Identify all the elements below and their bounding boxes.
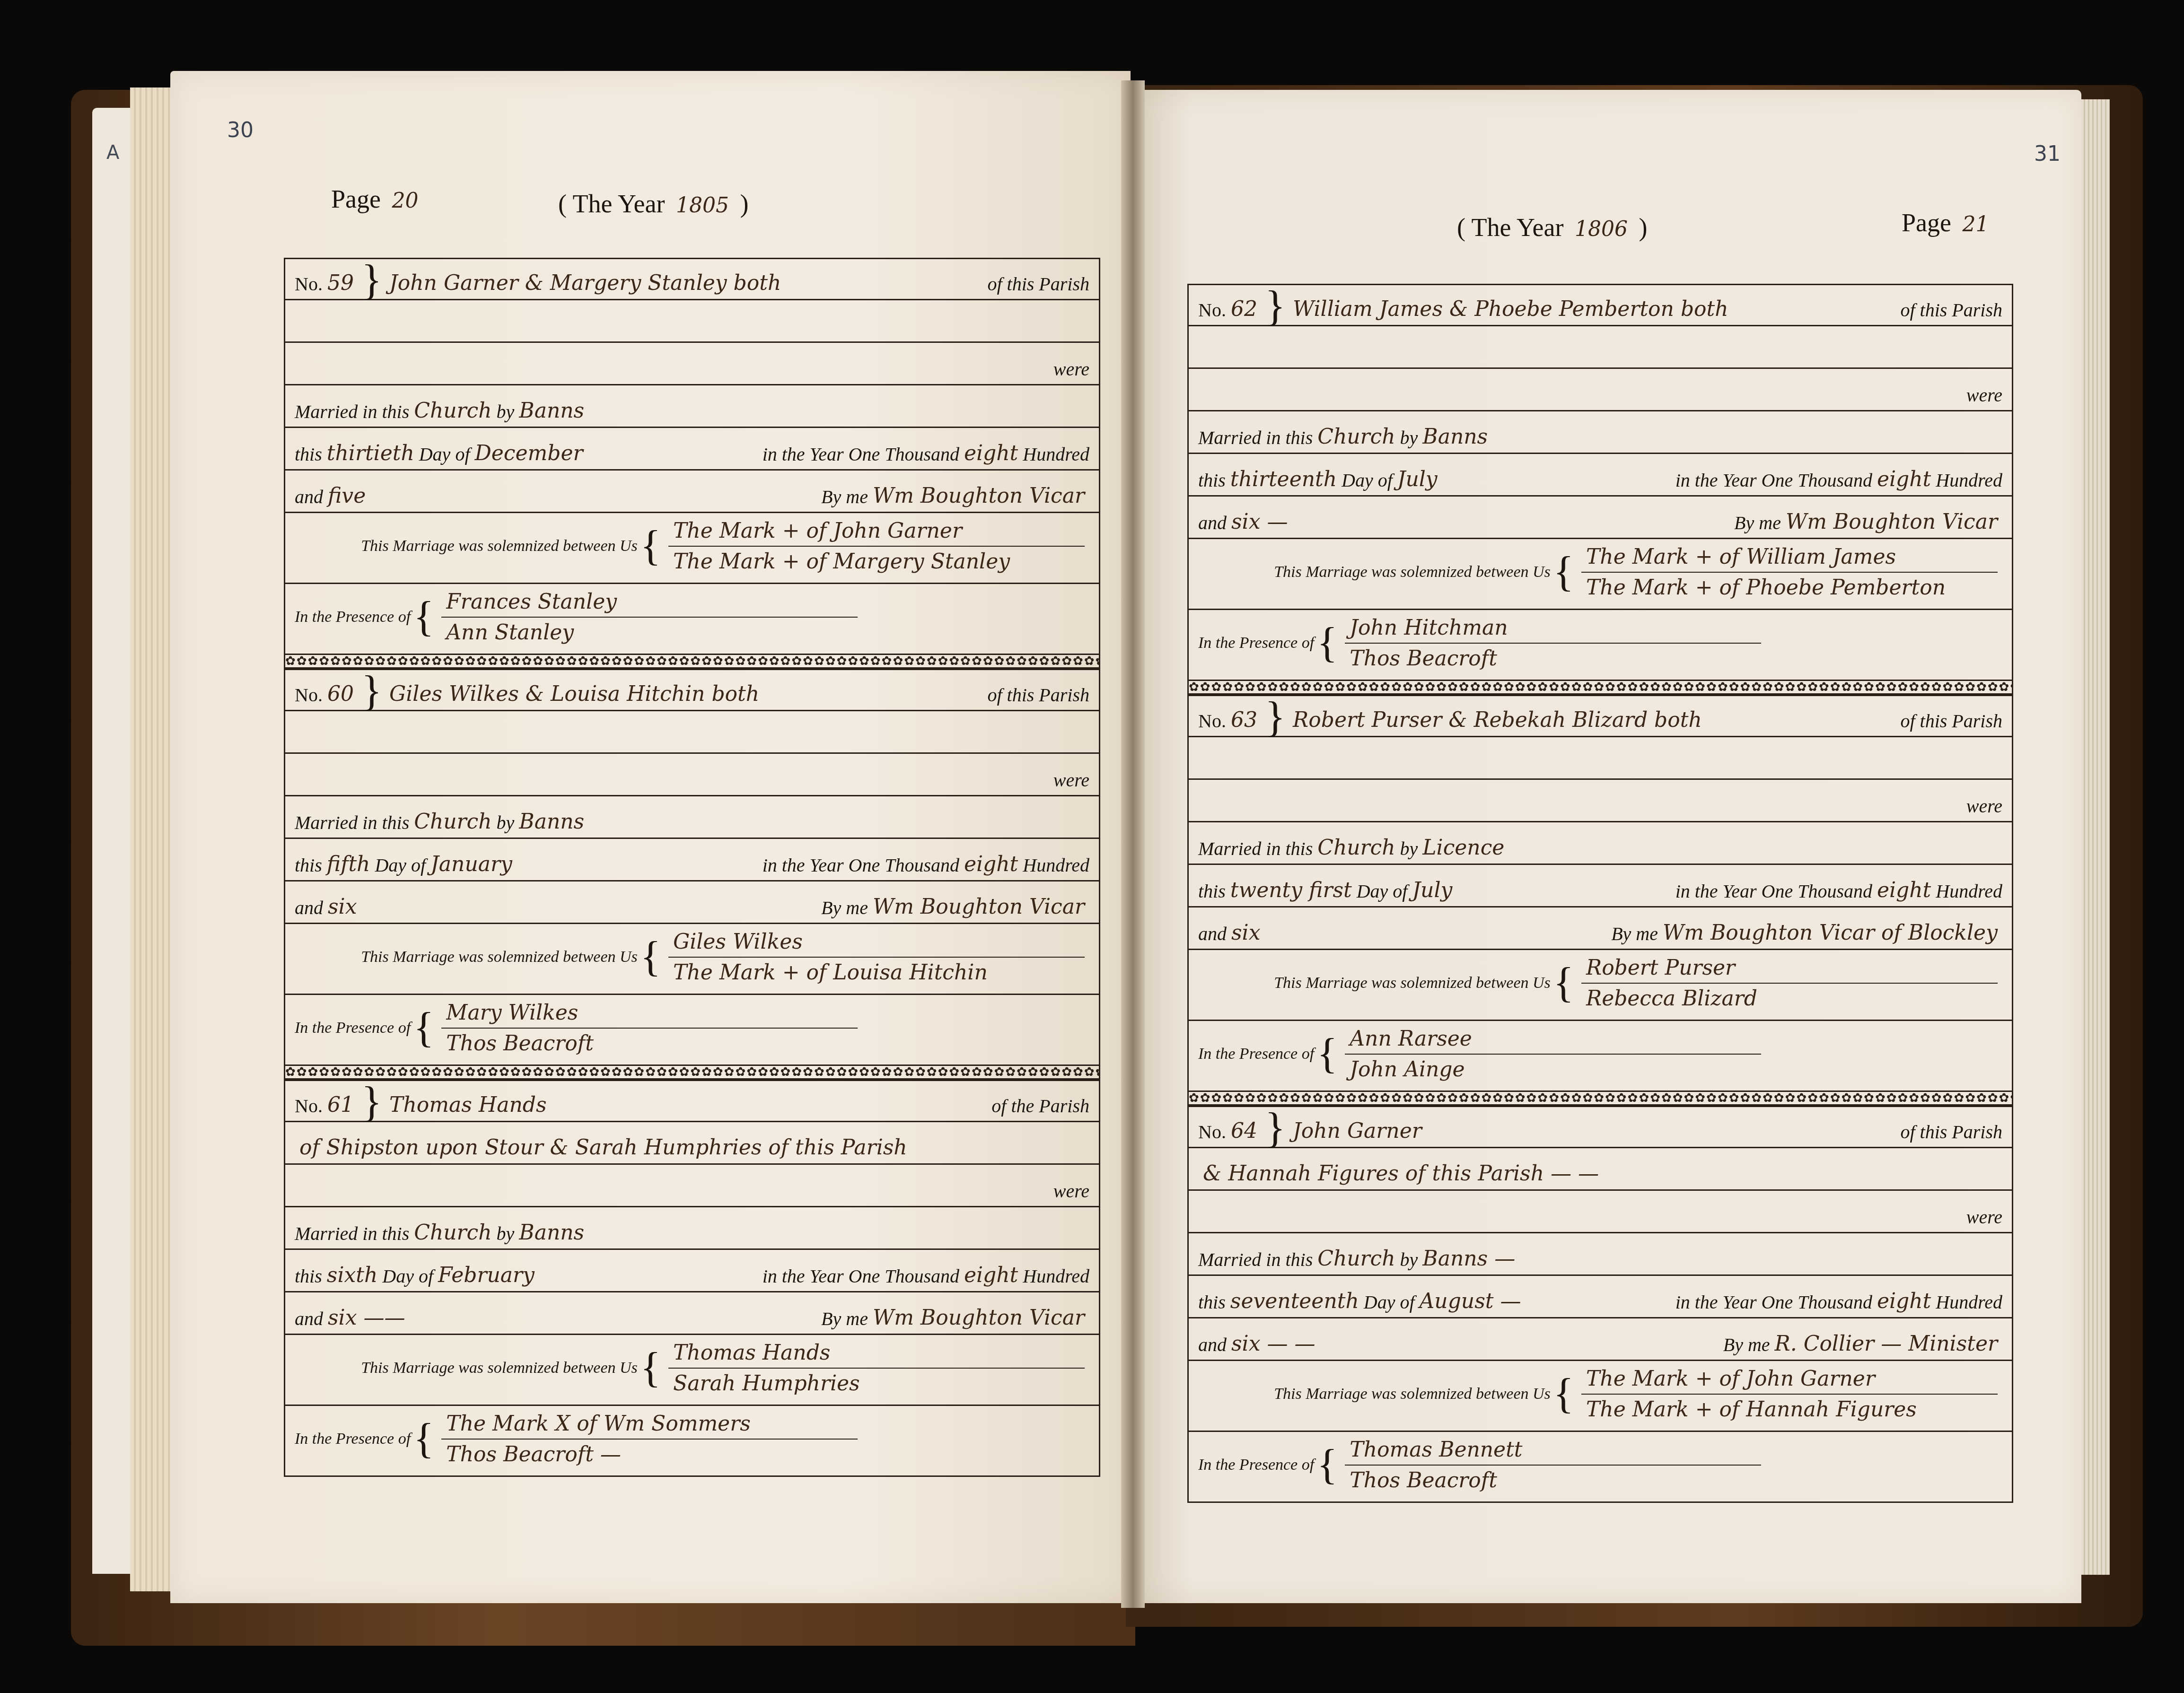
- year-close: ): [740, 190, 748, 218]
- year-hand: eight: [1877, 878, 1931, 902]
- entry-parties: John Garner & Margery Stanley both: [389, 271, 781, 295]
- signature-bride: The Mark + of Phoebe Pemberton: [1581, 573, 1998, 602]
- marriage-method: Licence: [1422, 836, 1504, 860]
- marriage-month: August —: [1420, 1289, 1521, 1313]
- right-page-number: Page 21: [1902, 208, 1993, 237]
- entry-no-label: No.: [295, 1095, 323, 1117]
- year-hand: eight: [1877, 467, 1931, 491]
- entry-parties: William James & Phoebe Pemberton both: [1293, 297, 1728, 321]
- year-tail: five: [328, 484, 366, 508]
- by-me-label: By me: [821, 1308, 868, 1330]
- entry-signatures-row: This Marriage was solemnized between Us …: [285, 513, 1099, 584]
- entry-witnesses-row: In the Presence of { Frances Stanley Ann…: [285, 584, 1099, 655]
- signature-block: The Mark + of John Garner The Mark + of …: [1577, 1364, 2002, 1424]
- year-text-label: in the Year One Thousand: [763, 854, 959, 876]
- parish-label: of this Parish: [987, 684, 1089, 706]
- entry-date-row: this fifth Day of January in the Year On…: [285, 839, 1099, 881]
- index-tab: [92, 108, 130, 1574]
- entry-were-row: were: [1189, 369, 2012, 411]
- page-number: 21: [1962, 212, 1989, 236]
- witness-1: Frances Stanley: [441, 587, 858, 618]
- ornament-divider: ✿✿✿✿✿✿✿✿✿✿✿✿✿✿✿✿✿✿✿✿✿✿✿✿✿✿✿✿✿✿✿✿✿✿✿✿✿✿✿✿…: [1189, 1092, 2012, 1106]
- brace-icon: }: [1265, 702, 1285, 732]
- this-label: this: [295, 1265, 322, 1287]
- marriage-method: Banns: [519, 810, 584, 834]
- marriage-entry: No. 63 } Robert Purser & Rebekah Blizard…: [1189, 695, 2012, 1092]
- witness-1: The Mark X of Wm Sommers: [441, 1409, 858, 1440]
- left-folio-number: 30: [227, 118, 254, 142]
- entry-officiant-row: and six By me Wm Boughton Vicar: [285, 881, 1099, 924]
- married-label: Married in this: [1198, 838, 1313, 860]
- entry-parties: Giles Wilkes & Louisa Hitchin both: [389, 682, 759, 706]
- entry-married-row: Married in this Church by Banns: [285, 1207, 1099, 1250]
- witness-1: Ann Rarsee: [1345, 1024, 1761, 1055]
- married-label: Married in this: [295, 812, 409, 834]
- entry-parties-line2: [1189, 737, 2012, 780]
- entry-header-row: No. 61 } Thomas Hands of the Parish: [285, 1080, 1099, 1122]
- by-label: by: [497, 401, 515, 423]
- signature-bride: The Mark + of Hannah Figures: [1581, 1395, 1998, 1424]
- this-label: this: [295, 443, 322, 465]
- entry-were-row: were: [285, 754, 1099, 796]
- witness-2: Thos Beacroft —: [441, 1440, 858, 1469]
- brace-icon: {: [413, 1424, 434, 1454]
- witness-1: John Hitchman: [1345, 613, 1761, 644]
- signature-bride: The Mark + of Margery Stanley: [668, 547, 1085, 576]
- signature-groom: The Mark + of John Garner: [1581, 1364, 1998, 1395]
- entry-parties: Robert Purser & Rebekah Blizard both: [1293, 708, 1702, 732]
- brace-icon: {: [640, 531, 661, 561]
- solemnized-label: This Marriage was solemnized between Us: [361, 1359, 638, 1377]
- entry-date-row: this twenty first Day of July in the Yea…: [1189, 865, 2012, 908]
- by-me-label: By me: [1734, 512, 1781, 534]
- solemnized-label: This Marriage was solemnized between Us: [1274, 1385, 1551, 1403]
- by-me-label: By me: [1723, 1334, 1770, 1356]
- entry-date-row: this thirteenth Day of July in the Year …: [1189, 454, 2012, 497]
- hundred-label: Hundred: [1023, 1265, 1089, 1287]
- entry-were-row: were: [285, 343, 1099, 385]
- year-text-label: in the Year One Thousand: [1675, 469, 1872, 491]
- entry-parties-line2: of Shipston upon Stour & Sarah Humphries…: [285, 1122, 1099, 1165]
- year-label: ( The Year: [1457, 213, 1563, 242]
- parish-label: of this Parish: [1900, 299, 2002, 321]
- signature-groom: Thomas Hands: [668, 1338, 1085, 1369]
- ornament-divider: ✿✿✿✿✿✿✿✿✿✿✿✿✿✿✿✿✿✿✿✿✿✿✿✿✿✿✿✿✿✿✿✿✿✿✿✿✿✿✿✿…: [285, 1066, 1099, 1080]
- hundred-label: Hundred: [1936, 880, 2002, 902]
- entry-no-label: No.: [295, 684, 323, 706]
- married-label: Married in this: [1198, 427, 1313, 449]
- signature-groom: Giles Wilkes: [668, 927, 1085, 958]
- year-hand: eight: [964, 852, 1018, 876]
- signature-groom: Robert Purser: [1581, 953, 1998, 984]
- entry-header-row: No. 64 } John Garner of this Parish: [1189, 1106, 2012, 1148]
- page-label: Page: [1902, 209, 1951, 237]
- presence-label: In the Presence of: [1198, 1456, 1314, 1474]
- and-label: and: [1198, 1334, 1227, 1356]
- marriage-day: thirteenth: [1230, 467, 1337, 491]
- signature-block: Giles Wilkes The Mark + of Louisa Hitchi…: [664, 927, 1089, 987]
- entry-married-row: Married in this Church by Banns: [285, 385, 1099, 428]
- witness-2: Thos Beacroft: [441, 1029, 858, 1058]
- entry-no-label: No.: [1198, 299, 1226, 321]
- entry-no-label: No.: [295, 273, 323, 295]
- solemnized-label: This Marriage was solemnized between Us: [361, 537, 638, 555]
- brace-icon: }: [1265, 291, 1285, 321]
- year-tail: six — —: [1231, 1332, 1315, 1356]
- by-me-label: By me: [821, 897, 868, 919]
- signature-block: The Mark + of John Garner The Mark + of …: [664, 516, 1089, 576]
- marriage-day: thirtieth: [327, 441, 414, 465]
- right-register: No. 62 } William James & Phoebe Pemberto…: [1187, 284, 2013, 1503]
- brace-icon: {: [1317, 1039, 1337, 1069]
- marriage-place: Church: [414, 399, 491, 423]
- day-of-label: Day of: [375, 854, 426, 876]
- parish-label: of this Parish: [1900, 1121, 2002, 1143]
- hundred-label: Hundred: [1023, 854, 1089, 876]
- year-value: 1805: [676, 193, 729, 218]
- year-tail: six —: [1231, 510, 1288, 534]
- witness-1: Mary Wilkes: [441, 998, 858, 1029]
- year-text-label: in the Year One Thousand: [763, 443, 959, 465]
- entry-witnesses-row: In the Presence of { Thomas Bennett Thos…: [1189, 1432, 2012, 1503]
- marriage-entry: No. 64 } John Garner of this Parish & Ha…: [1189, 1106, 2012, 1503]
- day-of-label: Day of: [1364, 1291, 1415, 1313]
- presence-label: In the Presence of: [295, 1430, 411, 1448]
- this-label: this: [295, 854, 322, 876]
- entry-parties: Thomas Hands: [389, 1093, 546, 1117]
- entry-parties-continued: of Shipston upon Stour & Sarah Humphries…: [299, 1135, 907, 1160]
- signature-block: Robert Purser Rebecca Blizard: [1577, 953, 2002, 1013]
- by-label: by: [497, 1222, 515, 1245]
- marriage-place: Church: [414, 810, 491, 834]
- and-label: and: [1198, 512, 1227, 534]
- year-text-label: in the Year One Thousand: [1675, 880, 1872, 902]
- entry-date-row: this sixth Day of February in the Year O…: [285, 1250, 1099, 1292]
- marriage-month: December: [475, 441, 583, 465]
- entry-parties-line2: [285, 711, 1099, 754]
- entry-were-row: were: [1189, 780, 2012, 822]
- page-number: 20: [392, 189, 418, 213]
- were-label: were: [1966, 384, 2002, 406]
- brace-icon: {: [1317, 1450, 1337, 1480]
- presence-label: In the Presence of: [1198, 1045, 1314, 1063]
- index-tab-letter: A: [106, 142, 119, 164]
- witness-block: The Mark X of Wm Sommers Thos Beacroft —: [437, 1409, 862, 1469]
- brace-icon: }: [1265, 1113, 1285, 1143]
- marriage-method: Banns: [519, 399, 584, 423]
- marriage-month: February: [438, 1263, 535, 1287]
- entry-date-row: this thirtieth Day of December in the Ye…: [285, 428, 1099, 471]
- ornament-divider: ✿✿✿✿✿✿✿✿✿✿✿✿✿✿✿✿✿✿✿✿✿✿✿✿✿✿✿✿✿✿✿✿✿✿✿✿✿✿✿✿…: [1189, 681, 2012, 695]
- entry-header-row: No. 60 } Giles Wilkes & Louisa Hitchin b…: [285, 669, 1099, 711]
- brace-icon: {: [640, 942, 661, 972]
- page-label: Page: [331, 185, 381, 213]
- brace-icon: {: [413, 1013, 434, 1043]
- entry-signatures-row: This Marriage was solemnized between Us …: [285, 1335, 1099, 1406]
- marriage-entry: No. 62 } William James & Phoebe Pemberto…: [1189, 284, 2012, 681]
- entry-witnesses-row: In the Presence of { Ann Rarsee John Ain…: [1189, 1021, 2012, 1092]
- brace-icon: {: [413, 602, 434, 632]
- year-tail: six: [1231, 921, 1260, 945]
- this-label: this: [1198, 880, 1226, 902]
- entry-officiant-row: and five By me Wm Boughton Vicar: [285, 471, 1099, 513]
- marriage-month: July: [1412, 878, 1452, 902]
- were-label: were: [1053, 1180, 1089, 1202]
- year-label: ( The Year: [558, 190, 665, 218]
- brace-icon: }: [361, 265, 382, 295]
- solemnized-label: This Marriage was solemnized between Us: [1274, 563, 1551, 581]
- entry-parties: John Garner: [1293, 1119, 1422, 1143]
- by-me-label: By me: [1611, 923, 1658, 945]
- witness-2: John Ainge: [1345, 1055, 1761, 1084]
- entry-married-row: Married in this Church by Banns —: [1189, 1233, 2012, 1276]
- entry-were-row: were: [1189, 1191, 2012, 1233]
- marriage-month: January: [430, 852, 512, 876]
- hundred-label: Hundred: [1936, 469, 2002, 491]
- entry-number: 62: [1231, 297, 1257, 321]
- left-year-heading: ( The Year 1805 ): [558, 189, 748, 218]
- year-hand: eight: [1877, 1289, 1931, 1313]
- officiant: Wm Boughton Vicar: [873, 484, 1085, 508]
- were-label: were: [1966, 795, 2002, 817]
- entry-date-row: this seventeenth Day of August — in the …: [1189, 1276, 2012, 1318]
- hundred-label: Hundred: [1936, 1291, 2002, 1313]
- marriage-day: fifth: [327, 852, 370, 876]
- page-edges-right: [2077, 99, 2110, 1575]
- entry-number: 61: [327, 1093, 354, 1117]
- day-of-label: Day of: [419, 443, 470, 465]
- entry-officiant-row: and six — By me Wm Boughton Vicar: [1189, 497, 2012, 539]
- signature-bride: The Mark + of Louisa Hitchin: [668, 958, 1085, 987]
- by-label: by: [1400, 838, 1418, 860]
- this-label: this: [1198, 1291, 1226, 1313]
- by-label: by: [497, 812, 515, 834]
- officiant: Wm Boughton Vicar: [1786, 510, 1998, 534]
- day-of-label: Day of: [382, 1265, 433, 1287]
- entry-officiant-row: and six — — By me R. Collier — Minister: [1189, 1318, 2012, 1361]
- marriage-entry: No. 60 } Giles Wilkes & Louisa Hitchin b…: [285, 669, 1099, 1066]
- left-register: No. 59 } John Garner & Margery Stanley b…: [284, 258, 1100, 1477]
- witness-2: Thos Beacroft: [1345, 1466, 1761, 1495]
- parish-label: of this Parish: [987, 273, 1089, 295]
- entry-no-label: No.: [1198, 1121, 1226, 1143]
- marriage-place: Church: [414, 1221, 491, 1245]
- signature-groom: The Mark + of William James: [1581, 542, 1998, 573]
- entry-parties-continued: & Hannah Figures of this Parish — —: [1203, 1161, 1599, 1186]
- year-hand: eight: [964, 1263, 1018, 1287]
- right-year-heading: ( The Year 1806 ): [1457, 213, 1647, 242]
- by-label: by: [1400, 427, 1418, 449]
- parish-label: of the Parish: [991, 1095, 1089, 1117]
- entry-signatures-row: This Marriage was solemnized between Us …: [285, 924, 1099, 995]
- entry-number: 64: [1231, 1119, 1257, 1143]
- were-label: were: [1053, 358, 1089, 380]
- witness-block: Mary Wilkes Thos Beacroft: [437, 998, 862, 1058]
- brace-icon: {: [1553, 1379, 1574, 1409]
- entry-parties-line2: [1189, 326, 2012, 369]
- signature-bride: Sarah Humphries: [668, 1369, 1085, 1398]
- year-text-label: in the Year One Thousand: [1675, 1291, 1872, 1313]
- entry-married-row: Married in this Church by Licence: [1189, 822, 2012, 865]
- entry-parties-line2: [285, 300, 1099, 343]
- entry-header-row: No. 62 } William James & Phoebe Pemberto…: [1189, 284, 2012, 326]
- solemnized-label: This Marriage was solemnized between Us: [1274, 974, 1551, 992]
- entry-header-row: No. 63 } Robert Purser & Rebekah Blizard…: [1189, 695, 2012, 737]
- were-label: were: [1053, 769, 1089, 791]
- witness-block: Frances Stanley Ann Stanley: [437, 587, 862, 647]
- marriage-method: Banns: [1422, 425, 1488, 449]
- marriage-day: seventeenth: [1230, 1289, 1359, 1313]
- entry-witnesses-row: In the Presence of { Mary Wilkes Thos Be…: [285, 995, 1099, 1066]
- entry-number: 59: [327, 271, 354, 295]
- officiant: R. Collier — Minister: [1775, 1332, 1998, 1356]
- presence-label: In the Presence of: [295, 1019, 411, 1037]
- entry-witnesses-row: In the Presence of { The Mark X of Wm So…: [285, 1406, 1099, 1477]
- year-value: 1806: [1575, 217, 1628, 241]
- brace-icon: {: [1317, 628, 1337, 658]
- brace-icon: }: [361, 676, 382, 706]
- signature-block: Thomas Hands Sarah Humphries: [664, 1338, 1089, 1398]
- brace-icon: {: [1553, 968, 1574, 998]
- entry-witnesses-row: In the Presence of { John Hitchman Thos …: [1189, 610, 2012, 681]
- entry-number: 63: [1231, 708, 1257, 732]
- by-me-label: By me: [821, 486, 868, 508]
- marriage-method: Banns —: [1422, 1247, 1515, 1271]
- year-text-label: in the Year One Thousand: [763, 1265, 959, 1287]
- year-hand: eight: [964, 441, 1018, 465]
- and-label: and: [1198, 923, 1227, 945]
- brace-icon: {: [1553, 557, 1574, 587]
- entry-married-row: Married in this Church by Banns: [1189, 411, 2012, 454]
- entry-officiant-row: and six By me Wm Boughton Vicar of Block…: [1189, 908, 2012, 950]
- year-close: ): [1639, 213, 1647, 242]
- marriage-place: Church: [1317, 1247, 1395, 1271]
- day-of-label: Day of: [1342, 469, 1393, 491]
- signature-bride: Rebecca Blizard: [1581, 984, 1998, 1013]
- entry-were-row: were: [285, 1165, 1099, 1207]
- officiant: Wm Boughton Vicar of Blockley: [1663, 921, 1998, 945]
- witness-block: Thomas Bennett Thos Beacroft: [1340, 1435, 1766, 1495]
- day-of-label: Day of: [1357, 880, 1408, 902]
- presence-label: In the Presence of: [1198, 634, 1314, 652]
- brace-icon: }: [361, 1087, 382, 1117]
- marriage-method: Banns: [519, 1221, 584, 1245]
- parish-label: of this Parish: [1900, 710, 2002, 732]
- marriage-place: Church: [1317, 425, 1395, 449]
- witness-block: John Hitchman Thos Beacroft: [1340, 613, 1766, 673]
- entry-parties-line2: & Hannah Figures of this Parish — —: [1189, 1148, 2012, 1191]
- married-label: Married in this: [1198, 1248, 1313, 1271]
- marriage-day: sixth: [327, 1263, 378, 1287]
- married-label: Married in this: [295, 401, 409, 423]
- witness-2: Thos Beacroft: [1345, 644, 1761, 673]
- and-label: and: [295, 486, 323, 508]
- book-gutter: [1121, 80, 1145, 1608]
- year-tail: six: [328, 895, 357, 919]
- brace-icon: {: [640, 1353, 661, 1383]
- signature-block: The Mark + of William James The Mark + o…: [1577, 542, 2002, 602]
- witness-1: Thomas Bennett: [1345, 1435, 1761, 1466]
- officiant: Wm Boughton Vicar: [873, 895, 1085, 919]
- marriage-month: July: [1397, 467, 1438, 491]
- entry-number: 60: [327, 682, 354, 706]
- entry-officiant-row: and six —— By me Wm Boughton Vicar: [285, 1292, 1099, 1335]
- entry-signatures-row: This Marriage was solemnized between Us …: [1189, 1361, 2012, 1432]
- entry-signatures-row: This Marriage was solemnized between Us …: [1189, 539, 2012, 610]
- this-label: this: [1198, 469, 1226, 491]
- entry-signatures-row: This Marriage was solemnized between Us …: [1189, 950, 2012, 1021]
- presence-label: In the Presence of: [295, 608, 411, 626]
- marriage-place: Church: [1317, 836, 1395, 860]
- were-label: were: [1966, 1206, 2002, 1228]
- left-page-number: Page 20: [331, 184, 423, 214]
- entry-header-row: No. 59 } John Garner & Margery Stanley b…: [285, 258, 1099, 300]
- witness-block: Ann Rarsee John Ainge: [1340, 1024, 1766, 1084]
- entry-no-label: No.: [1198, 710, 1226, 732]
- marriage-day: twenty first: [1230, 878, 1352, 902]
- by-label: by: [1400, 1248, 1418, 1271]
- marriage-entry: No. 61 } Thomas Hands of the Parish of S…: [285, 1080, 1099, 1477]
- and-label: and: [295, 897, 323, 919]
- solemnized-label: This Marriage was solemnized between Us: [361, 948, 638, 966]
- officiant: Wm Boughton Vicar: [873, 1306, 1085, 1330]
- right-folio-number: 31: [2034, 142, 2061, 166]
- married-label: Married in this: [295, 1222, 409, 1245]
- marriage-entry: No. 59 } John Garner & Margery Stanley b…: [285, 258, 1099, 655]
- and-label: and: [295, 1308, 323, 1330]
- signature-groom: The Mark + of John Garner: [668, 516, 1085, 547]
- hundred-label: Hundred: [1023, 443, 1089, 465]
- year-tail: six ——: [328, 1306, 405, 1330]
- ornament-divider: ✿✿✿✿✿✿✿✿✿✿✿✿✿✿✿✿✿✿✿✿✿✿✿✿✿✿✿✿✿✿✿✿✿✿✿✿✿✿✿✿…: [285, 655, 1099, 669]
- entry-married-row: Married in this Church by Banns: [285, 796, 1099, 839]
- witness-2: Ann Stanley: [441, 618, 858, 647]
